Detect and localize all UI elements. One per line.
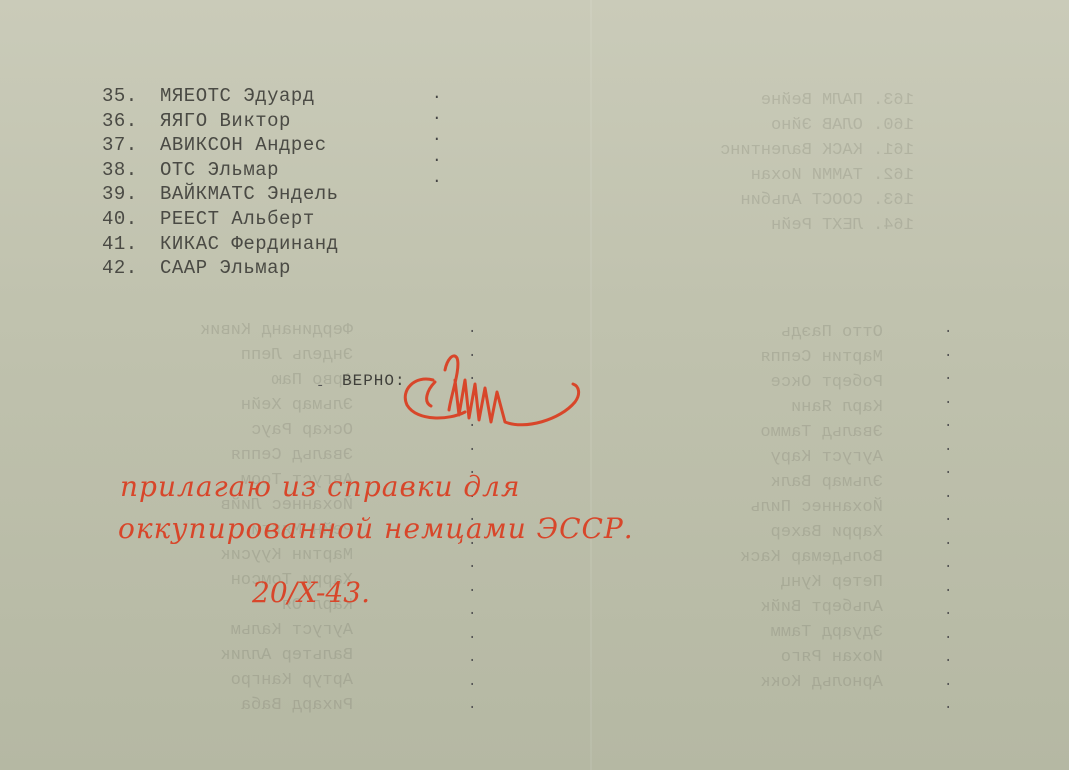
person-name: АВИКСОН Андрес — [160, 134, 327, 156]
list-item: 38.ОТС Эльмар — [102, 158, 339, 183]
handwritten-note-date: 20/X-43. — [252, 576, 370, 609]
person-name: ВАЙКМАТС Эндель — [160, 183, 339, 205]
list-item: 37.АВИКСОН Андрес — [102, 133, 339, 158]
name-list: 35.МЯЕОТС Эдуард 36.ЯЯГО Виктор 37.АВИКС… — [102, 84, 339, 281]
leader-dots-right: ................. — [944, 318, 952, 718]
list-item: 41.КИКАС Фердинанд — [102, 232, 339, 257]
person-name: КИКАС Фердинанд — [160, 233, 339, 255]
person-name: МЯЕОТС Эдуард — [160, 85, 315, 107]
list-item: 36.ЯЯГО Виктор — [102, 109, 339, 134]
handwritten-note-line2: оккупированной немцами ЭССР. — [118, 512, 634, 545]
list-item: 35.МЯЕОТС Эдуард — [102, 84, 339, 109]
person-name: ОТС Эльмар — [160, 159, 279, 181]
dash-mark: - — [316, 378, 324, 394]
document-page: 163. ПАЛМ Вейне 160. ОЛАВ Эйно 161. КАСК… — [0, 0, 1069, 770]
list-item: 40.РЕЕСТ Альберт — [102, 207, 339, 232]
leader-dots: ..... — [432, 84, 442, 189]
signature-icon — [395, 340, 595, 430]
bleed-through-text-right: 163. ПАЛМ Вейне 160. ОЛАВ Эйно 161. КАСК… — [720, 88, 914, 238]
person-name: ЯЯГО Виктор — [160, 110, 291, 132]
person-name: РЕЕСТ Альберт — [160, 208, 315, 230]
handwritten-note-line1: прилагаю из справки для — [120, 470, 521, 503]
list-item: 42.СААР Эльмар — [102, 256, 339, 281]
person-name: СААР Эльмар — [160, 257, 291, 279]
bleed-through-text-right-lower: Отто Паэдь Мартин Сеппя Роберт Оксе Карл… — [740, 320, 883, 695]
list-item: 39.ВАЙКМАТС Эндель — [102, 182, 339, 207]
